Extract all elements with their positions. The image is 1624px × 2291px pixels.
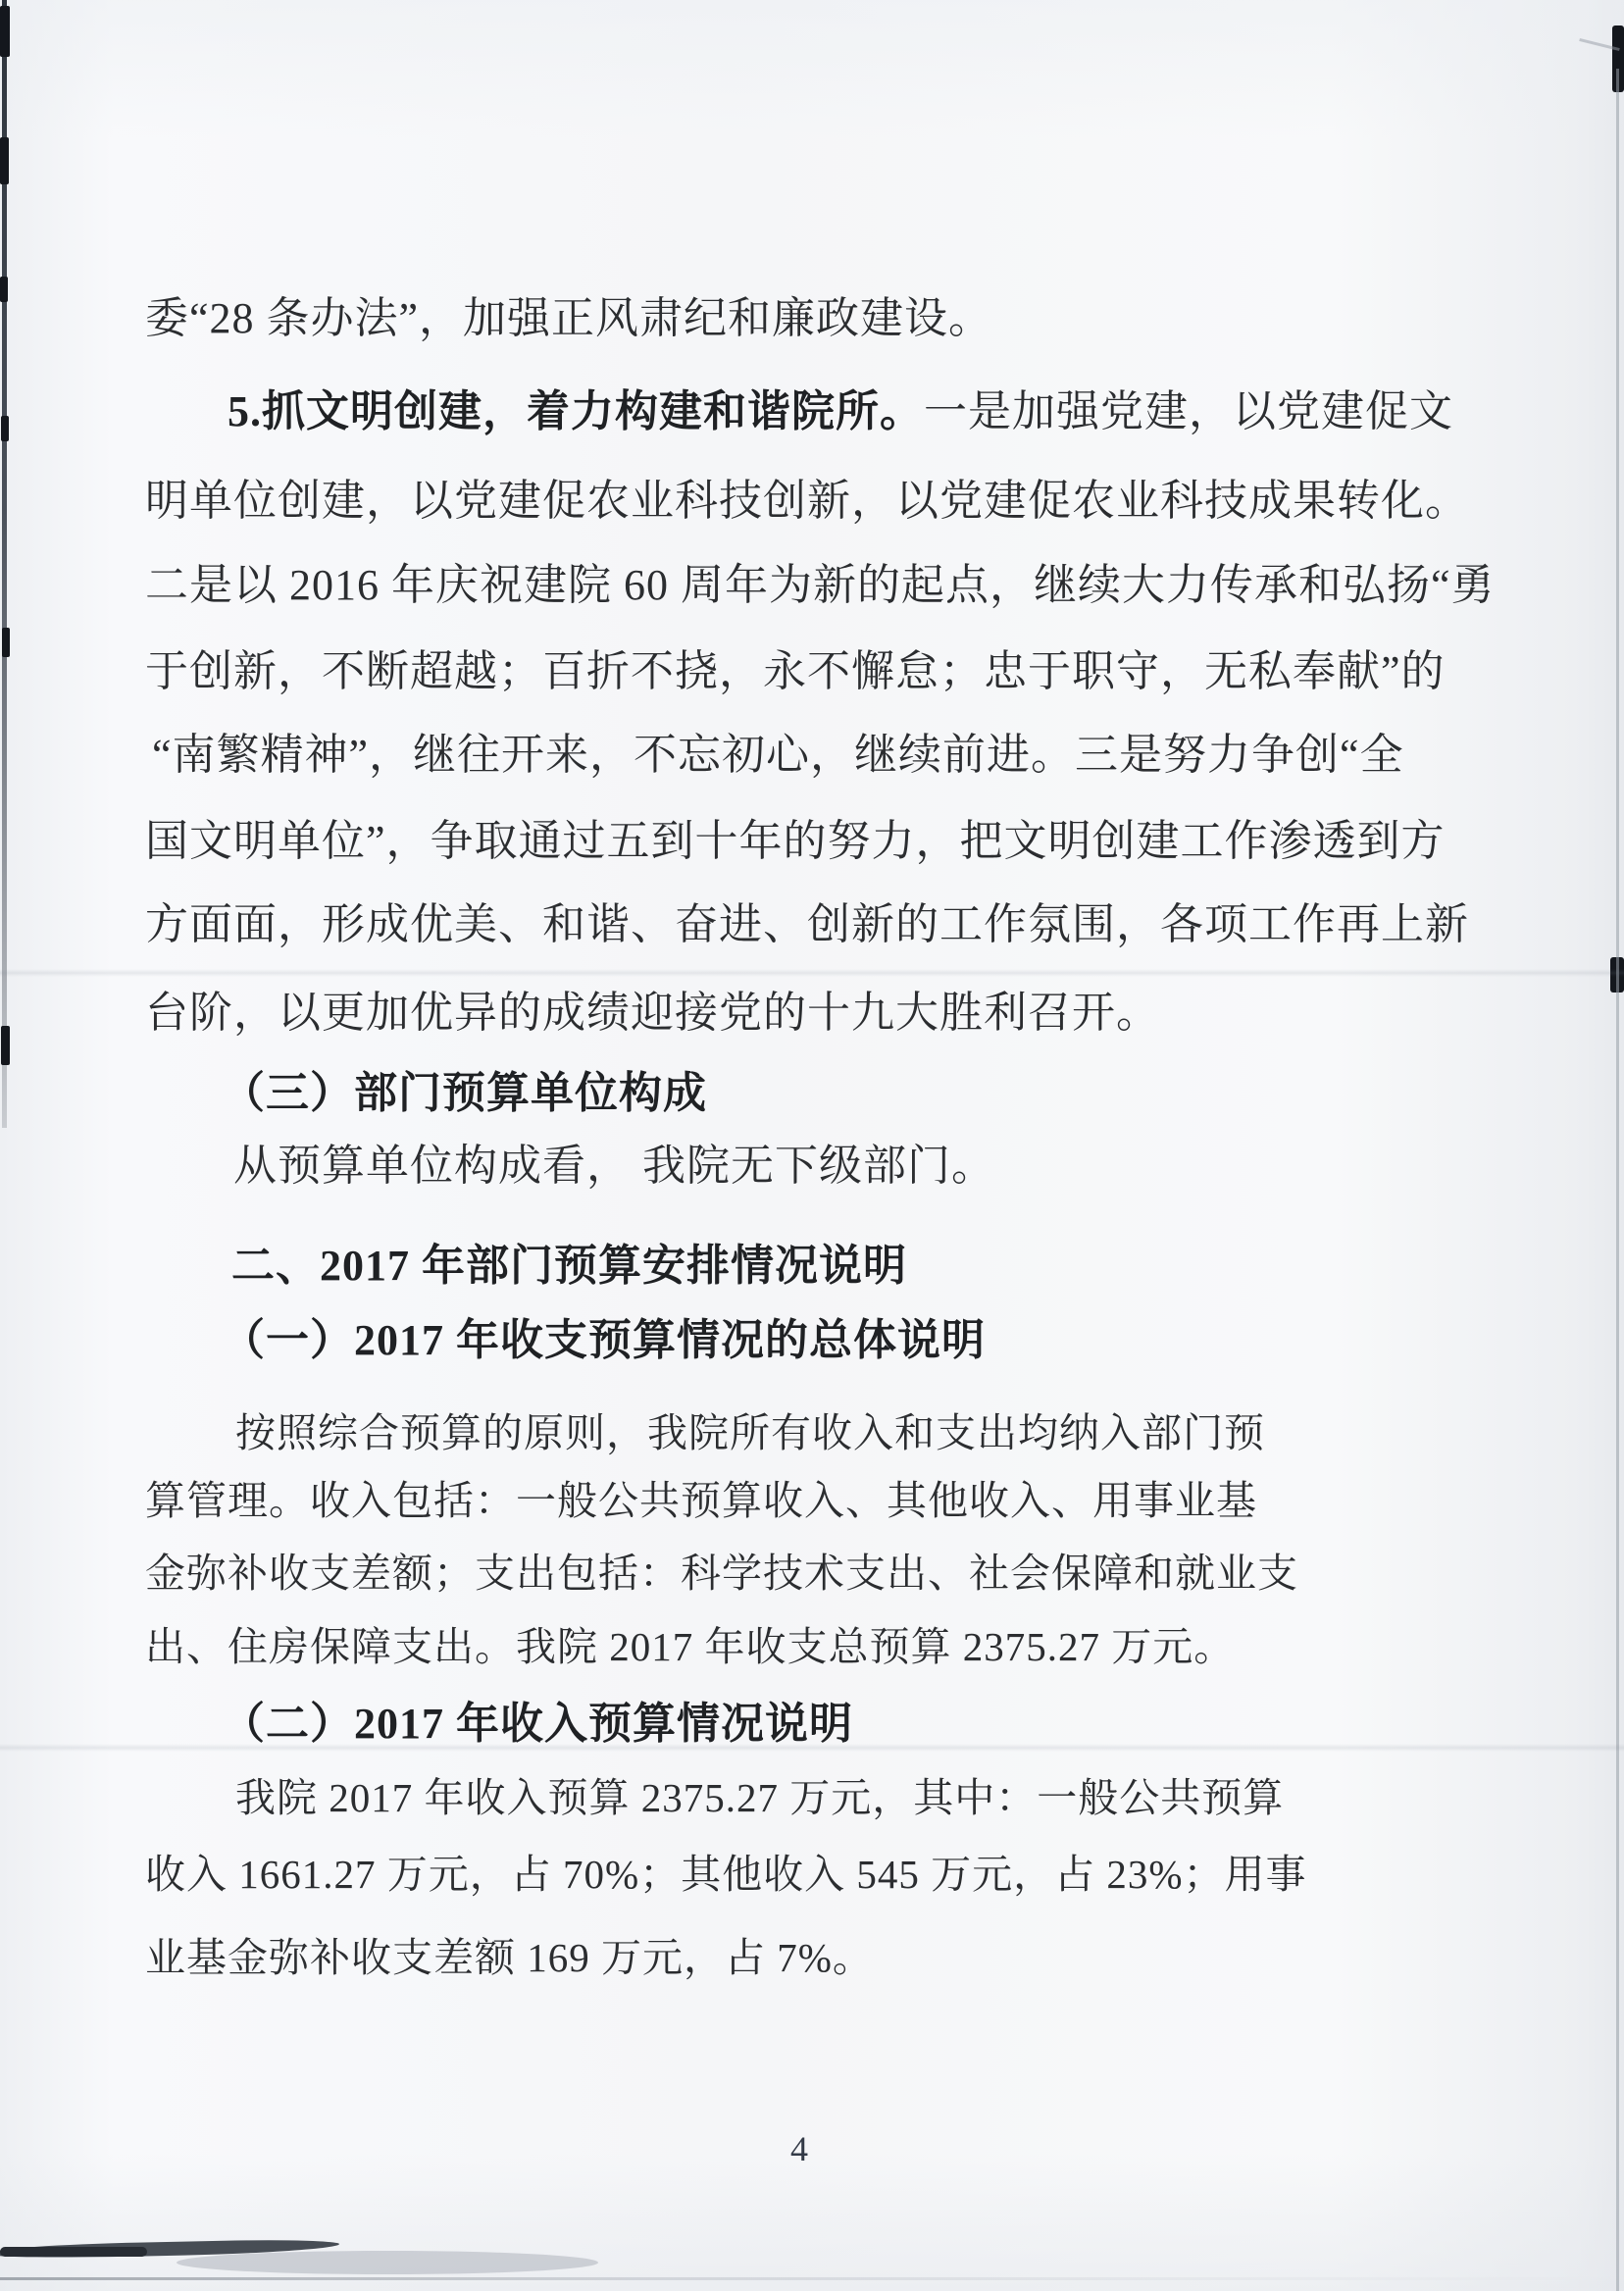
body-line: 明单位创建，以党建促农业科技创新，以党建促农业科技成果转化。 <box>145 477 1469 527</box>
body-line: 算管理。收入包括：一般公共预算收入、其他收入、用事业基 <box>145 1478 1257 1524</box>
body-line: 业基金弥补收支差额 169 万元，占 7%。 <box>145 1935 874 1981</box>
bold-sentence: 5.抓文明创建，着力构建和谐院所。 <box>228 387 924 435</box>
body-line: 金弥补收支差额；支出包括：科学技术支出、社会保障和就业支 <box>145 1551 1298 1597</box>
section-heading-2: 二、2017 年部门预算安排情况说明 <box>231 1242 907 1292</box>
body-line: 从预算单位构成看， 我院无下级部门。 <box>233 1142 995 1192</box>
body-line: 国文明单位”，争取通过五到十年的努力，把文明创建工作渗透到方 <box>145 817 1446 867</box>
body-line: 我院 2017 年收入预算 2375.27 万元，其中：一般公共预算 <box>235 1775 1284 1821</box>
scan-artifact-blob <box>1 1026 10 1065</box>
subsection-heading-2: （二）2017 年收入预算情况说明 <box>222 1700 853 1750</box>
body-text: 一是加强党建，以党建促文 <box>924 387 1453 435</box>
scan-artifact-bottom-edge-line <box>0 2277 1624 2280</box>
scan-artifact-right-shadow <box>1616 69 1619 2291</box>
scan-artifact-crease <box>0 969 1624 977</box>
body-line: 按照综合预算的原则，我院所有收入和支出均纳入部门预 <box>235 1410 1265 1456</box>
page-number: 4 <box>790 2128 808 2169</box>
document-page: 委“28 条办法”，加强正风肃纪和廉政建设。 5.抓文明创建，着力构建和谐院所。… <box>0 0 1624 2291</box>
subsection-heading-1: （一）2017 年收支预算情况的总体说明 <box>222 1316 986 1366</box>
scan-artifact-bottom-smudge <box>177 2251 598 2274</box>
scan-artifact-blob <box>2 628 10 657</box>
body-line: “南繁精神”，继往开来，不忘初心，继续前进。三是努力争创“全 <box>152 731 1404 781</box>
body-line: 出、住房保障支出。我院 2017 年收支总预算 2375.27 万元。 <box>145 1624 1235 1670</box>
scan-artifact-bottom-streak <box>0 2247 147 2257</box>
scan-artifact-blob <box>0 137 9 184</box>
body-line: 台阶，以更加优异的成绩迎接党的十九大胜利召开。 <box>145 989 1160 1039</box>
body-line: 二是以 2016 年庆祝建院 60 周年为新的起点，继续大力传承和弘扬“勇 <box>145 561 1496 611</box>
scan-artifact-blob <box>0 6 10 57</box>
body-line: 方面面，形成优美、和谐、奋进、创新的工作氛围，各项工作再上新 <box>145 900 1469 950</box>
scan-artifact-blob <box>1 416 9 441</box>
scan-artifact-blob <box>0 277 8 302</box>
section-heading-3: （三）部门预算单位构成 <box>222 1069 707 1119</box>
body-line: 于创新，不断超越；百折不挠，永不懈怠；忠于职守，无私奉献”的 <box>145 647 1446 697</box>
body-line: 5.抓文明创建，着力构建和谐院所。一是加强党建，以党建促文 <box>228 387 1453 437</box>
body-line: 委“28 条办法”，加强正风肃纪和廉政建设。 <box>145 294 992 344</box>
body-line: 收入 1661.27 万元，占 70%；其他收入 545 万元，占 23%；用事 <box>145 1852 1307 1898</box>
